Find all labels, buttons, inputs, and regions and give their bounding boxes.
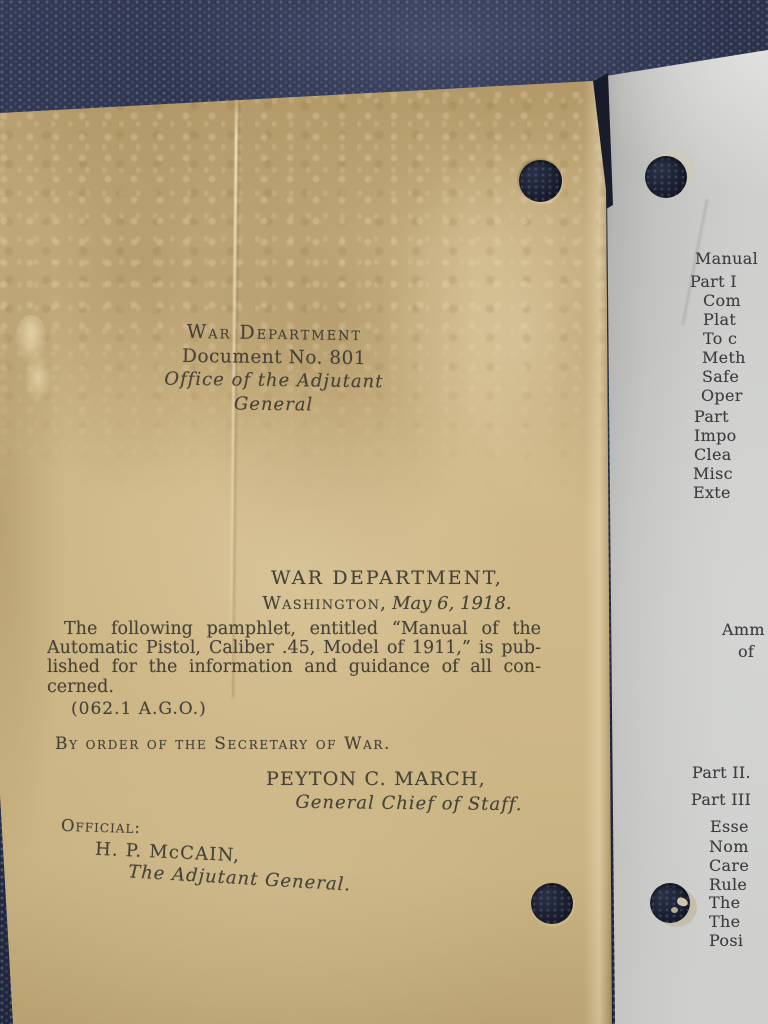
file-number: (062.1 A.G.O.): [71, 699, 207, 719]
signature-name: PEYTON C. MARCH,: [250, 768, 502, 790]
toc-line: Part III: [691, 790, 751, 809]
war-department-label: War Department: [128, 320, 420, 347]
toc-line: Impo: [694, 426, 737, 445]
official-name: H. P. McCAIN,: [95, 839, 241, 867]
document-header: War Department Document No. 801 Office o…: [127, 320, 420, 418]
official-label: Official:: [61, 816, 142, 837]
water-stain-texture: [0, 70, 612, 500]
punch-hole-bottom-left: [531, 883, 573, 924]
toc-line: To c: [703, 329, 737, 348]
toc-line: The: [709, 912, 740, 931]
toc-line: Meth: [702, 348, 746, 367]
toc-line: Part I: [690, 272, 737, 291]
dateline-date: May 6, 1918.: [392, 593, 511, 614]
toc-line: Esse: [710, 817, 749, 836]
war-department-heading: WAR DEPARTMENT,: [238, 566, 536, 591]
toc-line: Manual: [695, 249, 758, 268]
paragraph-line: Automatic Pistol, Caliber .45, Model of …: [47, 639, 541, 658]
toc-line: Nom: [709, 837, 749, 856]
toc-line: The: [709, 893, 740, 912]
punch-hole-top-right: [645, 156, 687, 198]
official-title: The Adjutant General.: [128, 861, 352, 895]
toc-line: Part II.: [692, 763, 751, 782]
toc-line: Posi: [709, 931, 743, 950]
toc-line: Exte: [693, 483, 731, 502]
stain: [15, 315, 47, 363]
page-top-edge-highlight: [600, 20, 768, 54]
toc-line: Care: [709, 856, 749, 875]
office-line: Office of the Adjutant General: [127, 367, 420, 418]
photo-scene: Manual Part I Com Plat To c Meth Safe Op…: [0, 0, 768, 1024]
toc-line: Misc: [693, 464, 733, 483]
dateline-place: Washington,: [262, 593, 387, 614]
toc-line: Plat: [703, 310, 736, 329]
toc-line: of: [738, 642, 754, 661]
toc-line: Safe: [702, 367, 739, 386]
toc-line: Com: [703, 291, 741, 310]
toc-line: Part: [694, 407, 729, 426]
toc-line: Rule: [709, 875, 747, 894]
paragraph-line: lished for the information and guidance …: [47, 658, 541, 677]
dateline: WAR DEPARTMENT, Washington,May 6, 1918.: [238, 566, 536, 616]
by-order-line: By order of the Secretary of War.: [55, 734, 391, 754]
toc-line: Clea: [694, 445, 732, 464]
paragraph-line: The following pamphlet, entitled “Manual…: [47, 620, 541, 639]
toc-line: Oper: [701, 386, 743, 405]
signature-title: General Chief of Staff.: [278, 792, 540, 816]
document-number: Document No. 801: [128, 344, 420, 371]
torn-paper-bit: [671, 907, 678, 913]
toc-line: Amm: [722, 620, 765, 639]
punch-hole-top-left: [519, 160, 562, 202]
promulgation-paragraph: The following pamphlet, entitled “Manual…: [47, 620, 541, 697]
paragraph-line: cerned.: [47, 678, 541, 697]
